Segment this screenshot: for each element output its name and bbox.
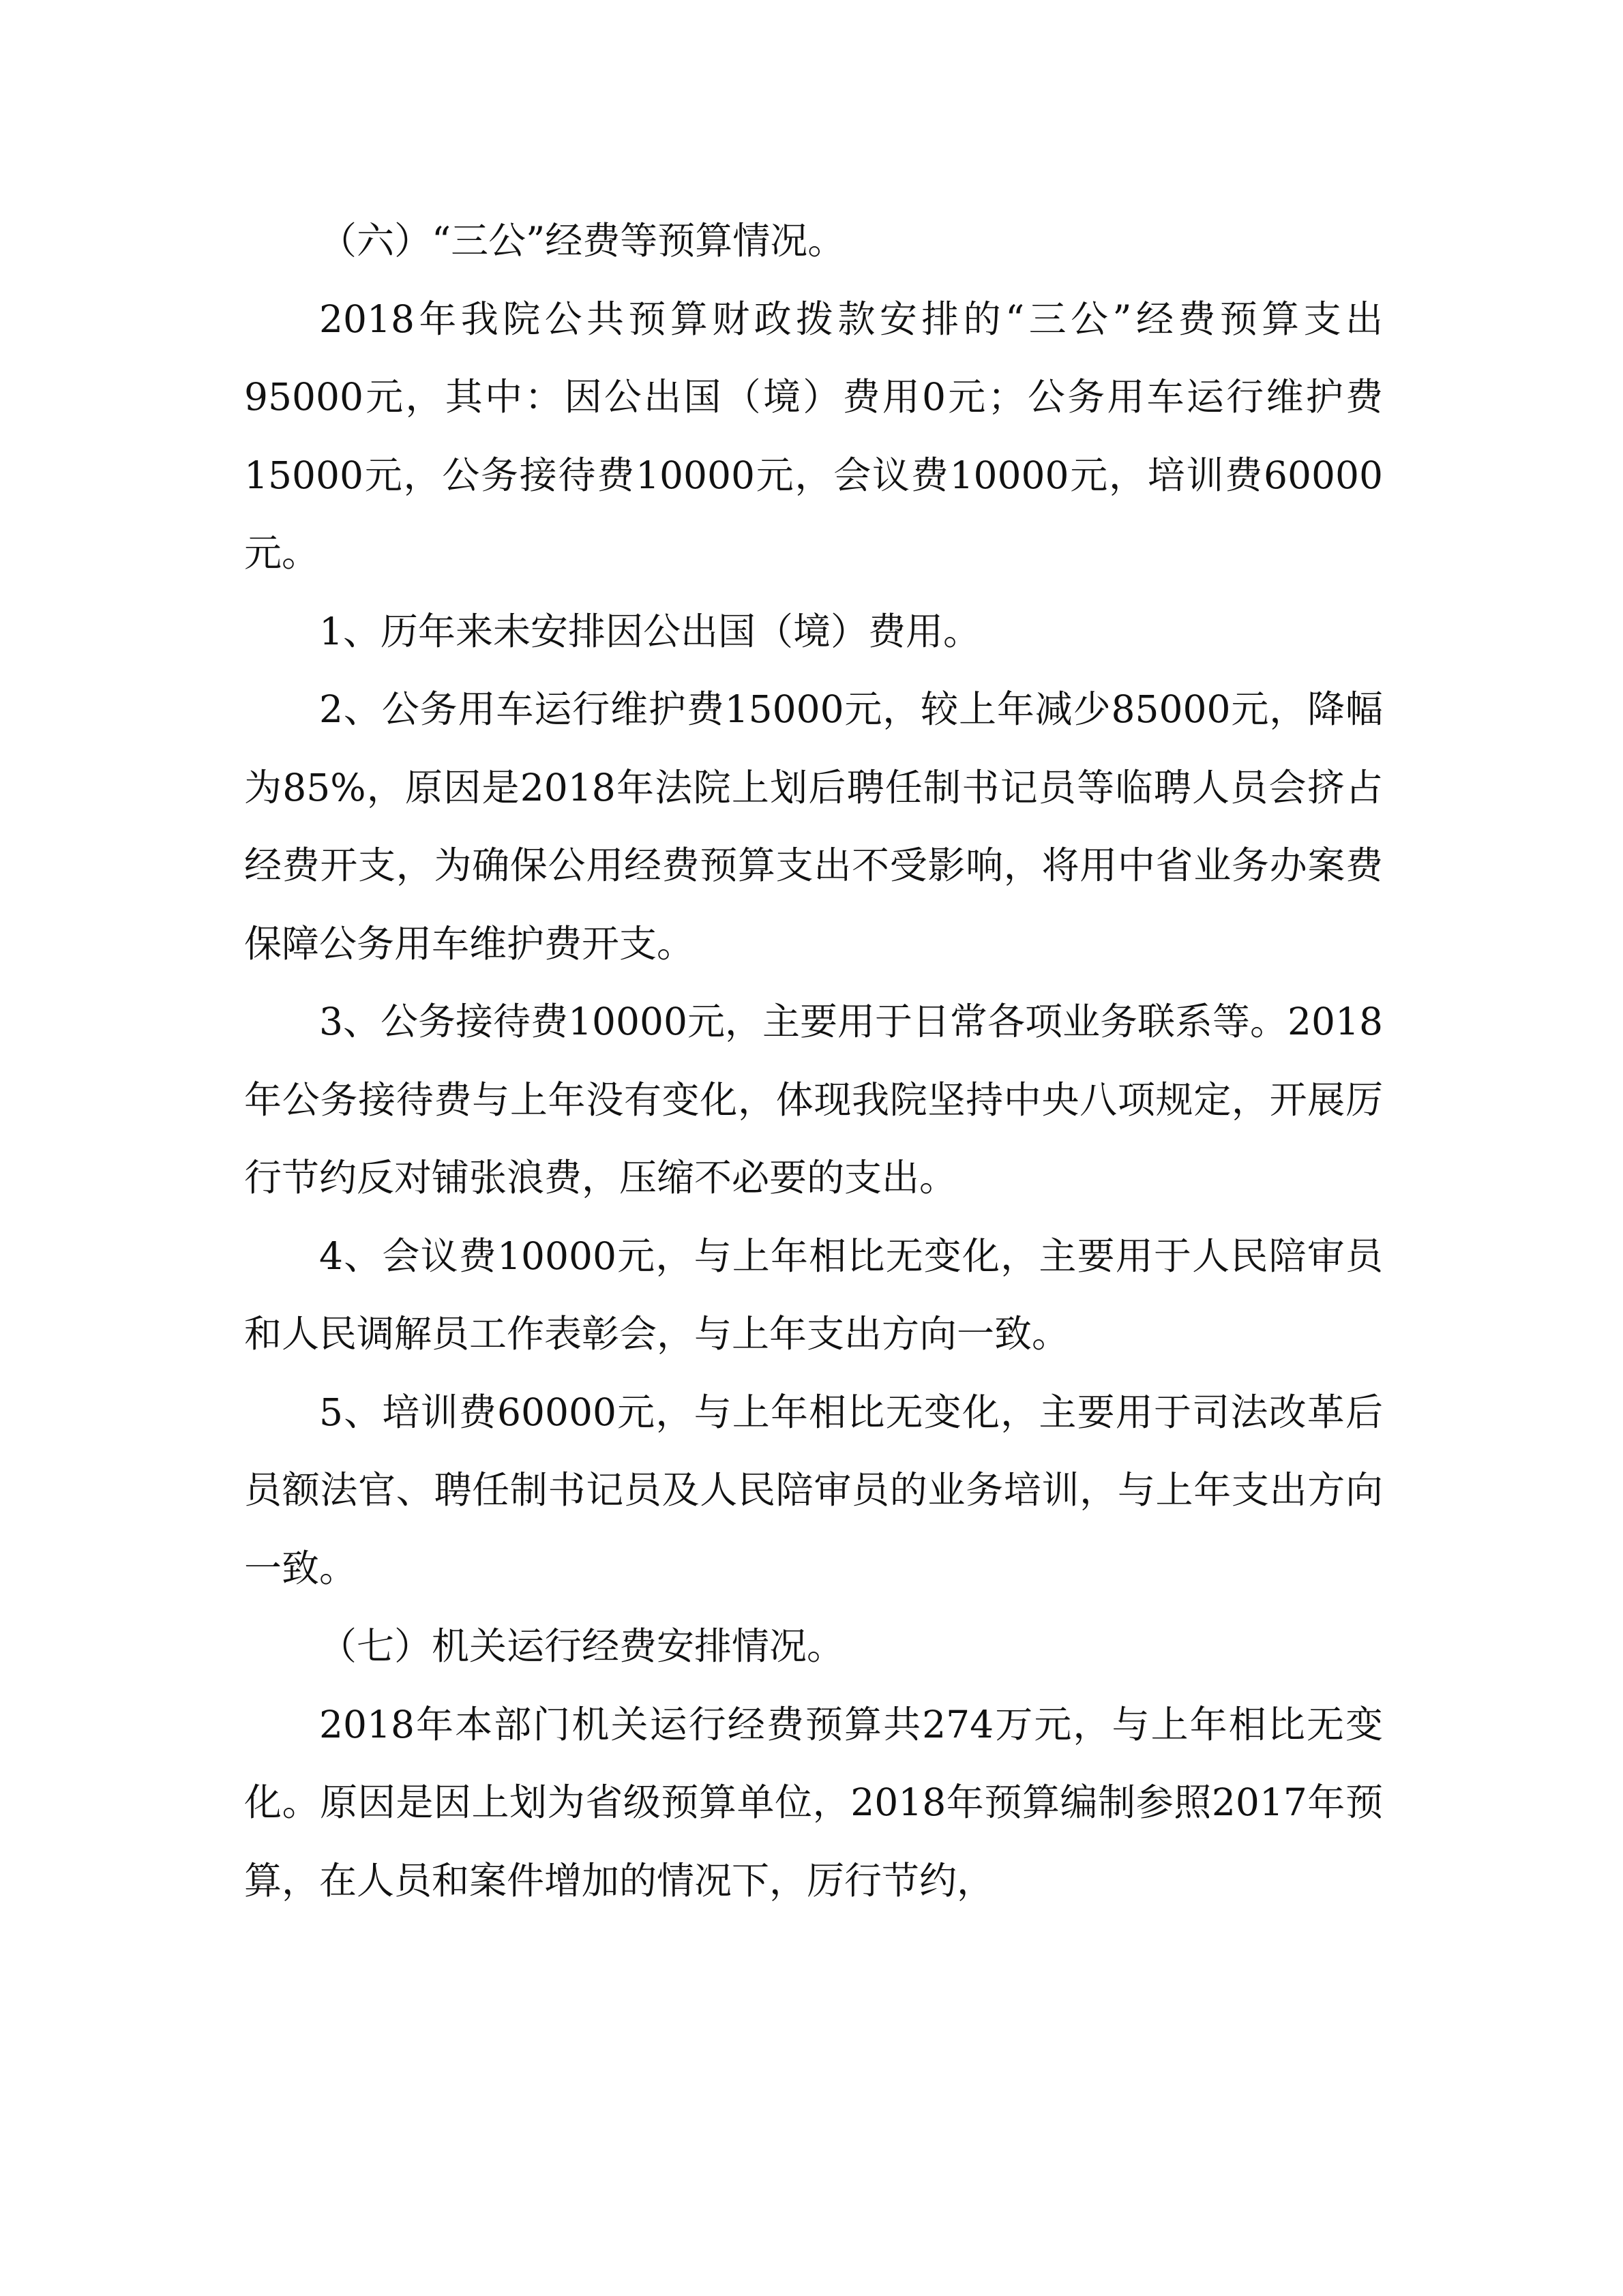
paragraph-item-2-vehicle: 2、公务用车运行维护费15000元，较上年减少85000元，降幅为85%，原因是… bbox=[244, 670, 1383, 983]
paragraph-item-3-reception: 3、公务接待费10000元，主要用于日常各项业务联系等。2018年公务接待费与上… bbox=[244, 983, 1383, 1217]
paragraph-three-public-summary: 2018年我院公共预算财政拨款安排的“三公”经费预算支出95000元，其中：因公… bbox=[244, 280, 1383, 593]
document-page: （六）“三公”经费等预算情况。 2018年我院公共预算财政拨款安排的“三公”经费… bbox=[244, 202, 1383, 1920]
paragraph-item-5-training: 5、培训费60000元，与上年相比无变化，主要用于司法改革后员额法官、聘任制书记… bbox=[244, 1373, 1383, 1608]
paragraph-item-4-meeting: 4、会议费10000元，与上年相比无变化，主要用于人民陪审员和人民调解员工作表彰… bbox=[244, 1217, 1383, 1373]
section-heading-6: （六）“三公”经费等预算情况。 bbox=[244, 202, 1383, 280]
paragraph-operating-expense: 2018年本部门机关运行经费预算共274万元，与上年相比无变化。原因是因上划为省… bbox=[244, 1686, 1383, 1920]
paragraph-item-1-overseas: 1、历年来未安排因公出国（境）费用。 bbox=[244, 593, 1383, 671]
section-heading-7: （七）机关运行经费安排情况。 bbox=[244, 1607, 1383, 1686]
